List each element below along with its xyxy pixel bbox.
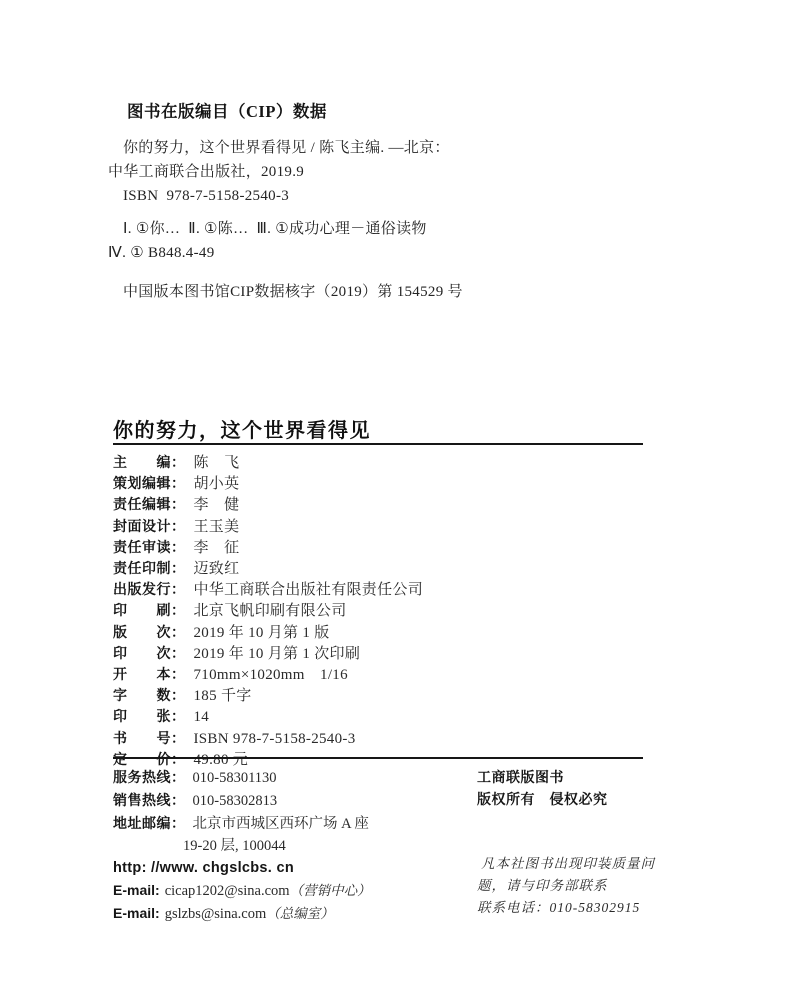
field-value: 王玉美 xyxy=(194,519,240,535)
title-divider xyxy=(113,443,643,445)
field-value: 010-58302813 xyxy=(193,793,278,809)
email-note: （总编室） xyxy=(266,906,334,921)
field-label: E-mail: xyxy=(113,905,160,921)
field-value: 北京市西城区西环广场 A 座 xyxy=(193,816,369,832)
field-label: 书 号： xyxy=(113,730,186,746)
field-label: 责任审读： xyxy=(113,539,186,555)
row-publisher: 出版发行：中华工商联合出版社有限责任公司 xyxy=(113,579,423,600)
row-responsible-reviewer: 责任审读：李 征 xyxy=(113,537,423,558)
cip-heading: 图书在版编目（CIP）数据 xyxy=(108,98,608,122)
footer-rights-block: 工商联版图书 版权所有 侵权必究 凡本社图书出现印装质量问 题，请与印务部联系 … xyxy=(477,766,697,919)
cip-classification-line-2: Ⅳ. ① B848.4-49 xyxy=(108,241,608,265)
quality-note-line1: 凡本社图书出现印装质量问 xyxy=(477,853,697,875)
row-printer: 印 刷：北京飞帆印刷有限公司 xyxy=(113,600,423,621)
email-editorial-row: E-mail:gslzbs@sina.com（总编室） xyxy=(113,902,371,925)
field-value: 中华工商联合出版社有限责任公司 xyxy=(194,582,424,598)
row-chief-editor: 主 编：陈 飞 xyxy=(113,452,423,473)
brand-line: 工商联版图书 xyxy=(477,766,697,788)
website-row: http: //www. chgslcbs. cn xyxy=(113,857,371,879)
footer-contact-block: 服务热线：010-58301130 销售热线：010-58302813 地址邮编… xyxy=(113,766,371,925)
footer-divider xyxy=(113,757,643,759)
cip-publisher-line: 中华工商联合出版社，2019.9 xyxy=(108,160,608,184)
row-responsible-printing: 责任印制：迈致红 xyxy=(113,558,423,579)
field-label: 印 刷： xyxy=(113,602,186,618)
row-impression: 印 次：2019 年 10 月第 1 次印刷 xyxy=(113,643,423,664)
field-label: 定 价： xyxy=(113,751,186,767)
sales-hotline-row: 销售热线：010-58302813 xyxy=(113,789,371,812)
field-value: 19-20 层, 100044 xyxy=(183,838,286,854)
email-address: cicap1202@sina.com xyxy=(165,883,290,899)
address-row: 地址邮编：北京市西城区西环广场 A 座 xyxy=(113,812,371,835)
row-planning-editor: 策划编辑：胡小英 xyxy=(113,473,423,494)
service-hotline-row: 服务热线：010-58301130 xyxy=(113,766,371,789)
field-label: 封面设计： xyxy=(113,518,186,534)
field-label: 开 本： xyxy=(113,666,186,682)
field-value: 2019 年 10 月第 1 次印刷 xyxy=(194,646,361,662)
address-row-line2: 19-20 层, 100044 xyxy=(113,835,371,857)
field-label: 字 数： xyxy=(113,687,186,703)
field-label: 出版发行： xyxy=(113,581,186,597)
field-label: 印 张： xyxy=(113,708,186,724)
quality-note-line3: 联系电话：010-58302915 xyxy=(477,897,697,919)
field-label: 责任印制： xyxy=(113,560,186,576)
quality-note-line2: 题，请与印务部联系 xyxy=(477,875,697,897)
cip-block: 图书在版编目（CIP）数据 你的努力，这个世界看得见 / 陈飞主编. —北京： … xyxy=(108,98,608,304)
email-marketing-row: E-mail:cicap1202@sina.com（营销中心） xyxy=(113,879,371,902)
field-label: 销售热线： xyxy=(113,792,186,808)
field-value: 北京飞帆印刷有限公司 xyxy=(194,603,347,619)
cip-classification-line-1: Ⅰ. ①你… Ⅱ. ①陈… Ⅲ. ①成功心理－通俗读物 xyxy=(108,217,608,241)
field-value: 李 征 xyxy=(194,540,240,556)
cip-title-line: 你的努力，这个世界看得见 / 陈飞主编. —北京： xyxy=(108,136,608,160)
field-value: 185 千字 xyxy=(194,688,252,704)
field-value: 14 xyxy=(194,709,210,725)
row-word-count: 字 数：185 千字 xyxy=(113,685,423,706)
row-responsible-editor: 责任编辑：李 健 xyxy=(113,494,423,515)
book-title: 你的努力，这个世界看得见 xyxy=(113,414,371,443)
field-label: 印 次： xyxy=(113,645,186,661)
field-value: ISBN 978-7-5158-2540-3 xyxy=(194,731,356,747)
field-value: 李 健 xyxy=(194,497,240,513)
copyright-page: 图书在版编目（CIP）数据 你的努力，这个世界看得见 / 陈飞主编. —北京： … xyxy=(0,0,800,1000)
field-label: 策划编辑： xyxy=(113,475,186,491)
field-label: 责任编辑： xyxy=(113,496,186,512)
field-label: 服务热线： xyxy=(113,769,186,785)
field-label: 主 编： xyxy=(113,454,186,470)
copyright-line: 版权所有 侵权必究 xyxy=(477,788,697,810)
field-value: 胡小英 xyxy=(194,476,240,492)
cip-record-line: 中国版本图书馆CIP数据核字（2019）第 154529 号 xyxy=(108,280,608,304)
row-sheets: 印 张：14 xyxy=(113,706,423,727)
field-value: 迈致红 xyxy=(194,561,240,577)
quality-note: 凡本社图书出现印装质量问 题，请与印务部联系 联系电话：010-58302915 xyxy=(477,853,697,919)
field-label: E-mail: xyxy=(113,882,160,898)
field-value: 2019 年 10 月第 1 版 xyxy=(194,625,330,641)
field-value: 陈 飞 xyxy=(194,455,240,471)
field-value: 010-58301130 xyxy=(193,770,277,786)
field-label: 版 次： xyxy=(113,624,186,640)
email-note: （营销中心） xyxy=(290,883,371,898)
row-edition: 版 次：2019 年 10 月第 1 版 xyxy=(113,622,423,643)
row-isbn: 书 号：ISBN 978-7-5158-2540-3 xyxy=(113,728,423,749)
field-label: 地址邮编： xyxy=(113,815,186,831)
row-format: 开 本：710mm×1020mm 1/16 xyxy=(113,664,423,685)
publication-info-list: 主 编：陈 飞 策划编辑：胡小英 责任编辑：李 健 封面设计：王玉美 责任审读：… xyxy=(113,452,423,770)
row-cover-design: 封面设计：王玉美 xyxy=(113,516,423,537)
email-address: gslzbs@sina.com xyxy=(165,906,267,922)
website-url: http: //www. chgslcbs. cn xyxy=(113,860,294,876)
field-value: 710mm×1020mm 1/16 xyxy=(194,667,348,683)
cip-isbn-line: ISBN 978-7-5158-2540-3 xyxy=(108,184,608,208)
